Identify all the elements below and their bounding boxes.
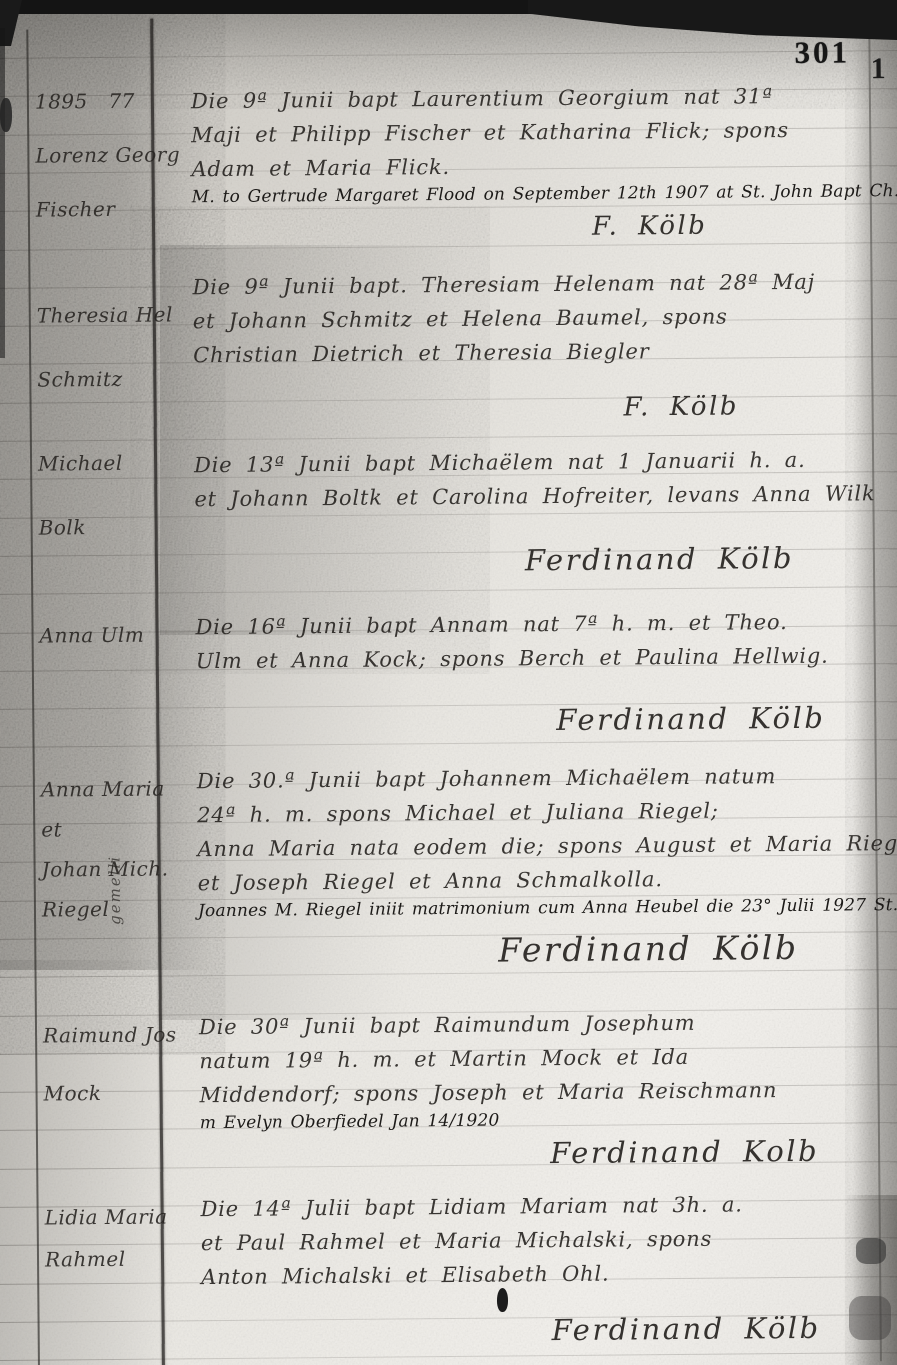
entry-body-line: Anton Michalski et Elisabeth Ohl. <box>201 1254 879 1294</box>
priest-signature: Ferdinand Kölb <box>525 540 873 577</box>
page-content: 301 1 1895 77Lorenz GeorgFischer Die 9ª … <box>0 0 897 1365</box>
entry-body: Die 9ª Junii bapt. Theresiam Helenam nat… <box>192 264 871 426</box>
register-entry: Anna MariaetJohan Mich.Riegel Die 30.ª J… <box>1 758 897 766</box>
priest-signature: Ferdinand Kölb <box>498 927 876 969</box>
ruled-line <box>0 586 897 595</box>
entry-margin-names: 1895 77Lorenz GeorgFischer <box>35 85 148 222</box>
entry-body-line: Christian Dietrich et Theresia Biegler <box>193 332 871 372</box>
register-entry: MichaelBolk Die 13ª Junii bapt Michaëlem… <box>0 442 895 450</box>
left-margin-rule <box>26 30 40 1365</box>
entry-margin-names: Anna Ulm <box>39 611 151 648</box>
scan-edge-left-streak <box>0 28 5 358</box>
ink-blot-bottom-center <box>497 1288 508 1312</box>
entry-margin-name: Rahmel <box>45 1247 157 1272</box>
smudge-bottom-right <box>856 1238 886 1264</box>
entry-margin-names: Lidia MariaRahmel <box>44 1193 157 1272</box>
entry-margin-name: Mock <box>43 1081 155 1106</box>
entry-body: Die 9ª Junii bapt Laurentium Georgium na… <box>191 78 870 245</box>
entry-body-line: Adam et Maria Flick. <box>191 146 869 186</box>
priest-signature: F. Kölb <box>592 209 870 241</box>
entry-body-line: et Joseph Riegel et Anna Schmalkolla. <box>198 860 876 900</box>
entry-margin-name: Riegel <box>42 897 154 922</box>
ruled-line <box>0 969 897 978</box>
entry-margin-names: Theresia HelSchmitz <box>36 271 149 392</box>
entry-body: Die 30ª Junii bapt Raimundum Josephumnat… <box>199 1004 878 1173</box>
register-entry: Anna Ulm Die 16ª Junii bapt Annam nat 7ª… <box>0 604 896 612</box>
entry-body: Die 16ª Junii bapt Annam nat 7ª h. m. et… <box>195 604 874 740</box>
entry-margin-name: Johan Mich. <box>42 857 154 882</box>
ink-blot-left-edge <box>0 98 12 132</box>
page-number: 301 <box>794 34 850 70</box>
priest-signature: F. Kölb <box>623 390 871 422</box>
entry-vertical-note: gemelli <box>105 765 124 925</box>
register-entry: Theresia HelSchmitz Die 9ª Junii bapt. T… <box>0 264 893 272</box>
ruled-line <box>0 739 897 748</box>
entry-margin-name: Michael <box>38 451 150 476</box>
facing-page-edge-digit: 1 <box>871 52 886 86</box>
register-entry: 1895 77Lorenz GeorgFischer Die 9ª Junii … <box>0 78 892 86</box>
ruled-line <box>0 1352 897 1361</box>
entry-margin-name: Anna Maria <box>41 777 153 802</box>
entry-margin-name: Theresia Hel <box>37 303 149 328</box>
register-entry: Raimund JosMock Die 30ª Junii bapt Raimu… <box>3 1004 897 1012</box>
entry-body: Die 14ª Julii bapt Lidiam Mariam nat 3h.… <box>200 1186 879 1350</box>
entry-margin-name: et <box>41 817 153 842</box>
priest-signature: Ferdinand Kolb <box>550 1133 878 1170</box>
ruled-line <box>0 433 897 442</box>
priest-signature: Ferdinand Kölb <box>552 1310 880 1347</box>
entry-margin-name: 1895 77 <box>35 89 147 114</box>
priest-signature: Ferdinand Kölb <box>556 700 874 737</box>
entry-margin-name: Fischer <box>36 197 148 222</box>
entry-margin-name: Raimund Jos <box>43 1023 155 1048</box>
ruled-line <box>0 50 897 59</box>
entry-body: Die 30.ª Junii bapt Johannem Michaëlem n… <box>197 758 877 972</box>
entry-margin-name: Lidia Maria <box>45 1205 157 1230</box>
entry-margin-names: Anna MariaetJohan Mich.Riegel <box>41 765 154 922</box>
entry-margin-name: Schmitz <box>37 367 149 392</box>
register-page-scan: 301 1 1895 77Lorenz GeorgFischer Die 9ª … <box>0 0 897 1365</box>
entry-body-line: Ulm et Anna Kock; spons Berch et Paulina… <box>196 638 874 678</box>
entry-margin-name: Bolk <box>39 515 151 540</box>
entry-margin-names: Raimund JosMock <box>43 1011 156 1106</box>
entry-body: Die 13ª Junii bapt Michaëlem nat 1 Janua… <box>194 442 873 580</box>
entry-body-line: Middendorf; spons Joseph et Maria Reisch… <box>199 1072 877 1112</box>
entry-body-line: et Johann Boltk et Carolina Hofreiter, l… <box>194 476 872 516</box>
register-entry: Lidia MariaRahmel Die 14ª Julii bapt Lid… <box>4 1186 897 1194</box>
entry-margin-name: Lorenz Georg <box>35 143 147 168</box>
entry-margin-names: MichaelBolk <box>38 449 151 540</box>
entry-margin-name: Anna Ulm <box>39 623 151 648</box>
column-divider-rule <box>150 19 165 1365</box>
smudge-bottom-right-2 <box>849 1296 891 1340</box>
